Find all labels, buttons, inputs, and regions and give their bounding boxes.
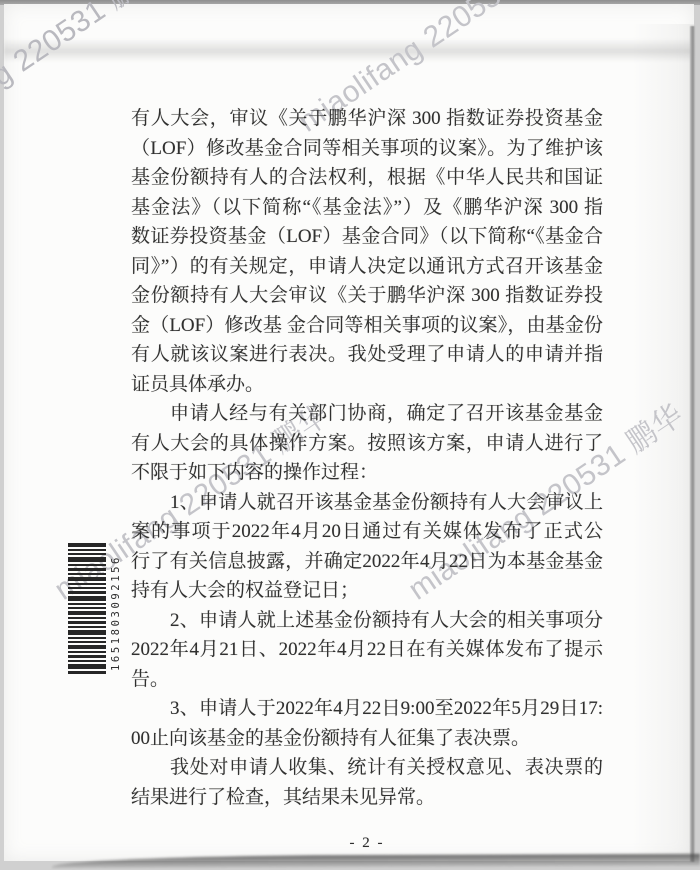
document-lines: 有人大会，审议《关于鹏华沪深 300 指数证券投资基金（LOF）修改基金合同等相… xyxy=(131,104,603,812)
text-line: 有人大会的具体操作方案。按照该方案，申请人进行了包括但 xyxy=(131,429,603,459)
page-top-shadow xyxy=(4,38,694,62)
text-line: 申请人经与有关部门协商，确定了召开该基金基金份额持 xyxy=(131,399,603,429)
text-line: 金（LOF）修改基 金合同等相关事项的议案》，由基金份额持 xyxy=(131,311,603,341)
text-line: 不限于如下内容的操作过程： xyxy=(131,458,603,488)
scanned-page-background: miaolifang 220531 鹏华 miaolifang 220531 鹏… xyxy=(0,0,700,870)
document-page: miaolifang 220531 鹏华 miaolifang 220531 鹏… xyxy=(4,4,694,861)
text-line: 证员具体承办。 xyxy=(131,370,603,400)
text-line: 基金份额持有人的合法权利，根据《中华人民共和国证券投资 xyxy=(131,163,603,193)
text-line: 有人大会，审议《关于鹏华沪深 300 指数证券投资基金 xyxy=(131,104,603,134)
text-line: 金份额持有人大会审议《关于鹏华沪深 300 指数证券投资基 xyxy=(131,281,603,311)
text-line: 结果进行了检查，其结果未见异常。 xyxy=(131,783,603,813)
text-line: 持有人大会的权益登记日； xyxy=(131,576,603,606)
barcode-number: 1651803092156 xyxy=(110,544,122,682)
page-number: - 2 - xyxy=(131,835,603,852)
text-line: 1、申请人就召开该基金基金份额持有人大会审议上述议 xyxy=(131,488,603,518)
page-right-edge-shadow xyxy=(690,26,695,862)
text-line: 有人就该议案进行表决。我处受理了申请人的申请并指派本公 xyxy=(131,340,603,370)
text-line: 我处对申请人收集、统计有关授权意见、表决票的数据及 xyxy=(131,753,603,783)
text-line: 同》”）的有关规定，申请人决定以通讯方式召开该基金的基 xyxy=(131,252,603,282)
text-line: 案的事项于2022年4月20日通过有关媒体发布了正式公告，进 xyxy=(131,517,603,547)
barcode-bars xyxy=(68,543,106,674)
barcode: 1651803092156 xyxy=(68,543,128,683)
text-line: 00止向该基金的基金份额持有人征集了表决票。 xyxy=(131,724,603,754)
text-line: （LOF）修改基金合同等相关事项的议案》。为了维护该基金 xyxy=(131,134,603,164)
text-line: 3、申请人于2022年4月22日9:00至2022年5月29日17: xyxy=(131,694,603,724)
text-line: 基金法》（以下简称“《基金法》”）及《鹏华沪深 300 指 xyxy=(131,193,603,223)
text-line: 数证券投资基金（LOF）基金合同》（以下简称“《基金合 xyxy=(131,222,603,252)
text-line: 行了有关信息披露，并确定2022年4月22日为本基金基金份额 xyxy=(131,547,603,577)
text-line: 2022年4月21日、2022年4月22日在有关媒体发布了提示性公 xyxy=(131,635,603,665)
text-line: 2、申请人就上述基金份额持有人大会的相关事项分别于 xyxy=(131,606,603,636)
text-line: 告。 xyxy=(131,665,603,695)
